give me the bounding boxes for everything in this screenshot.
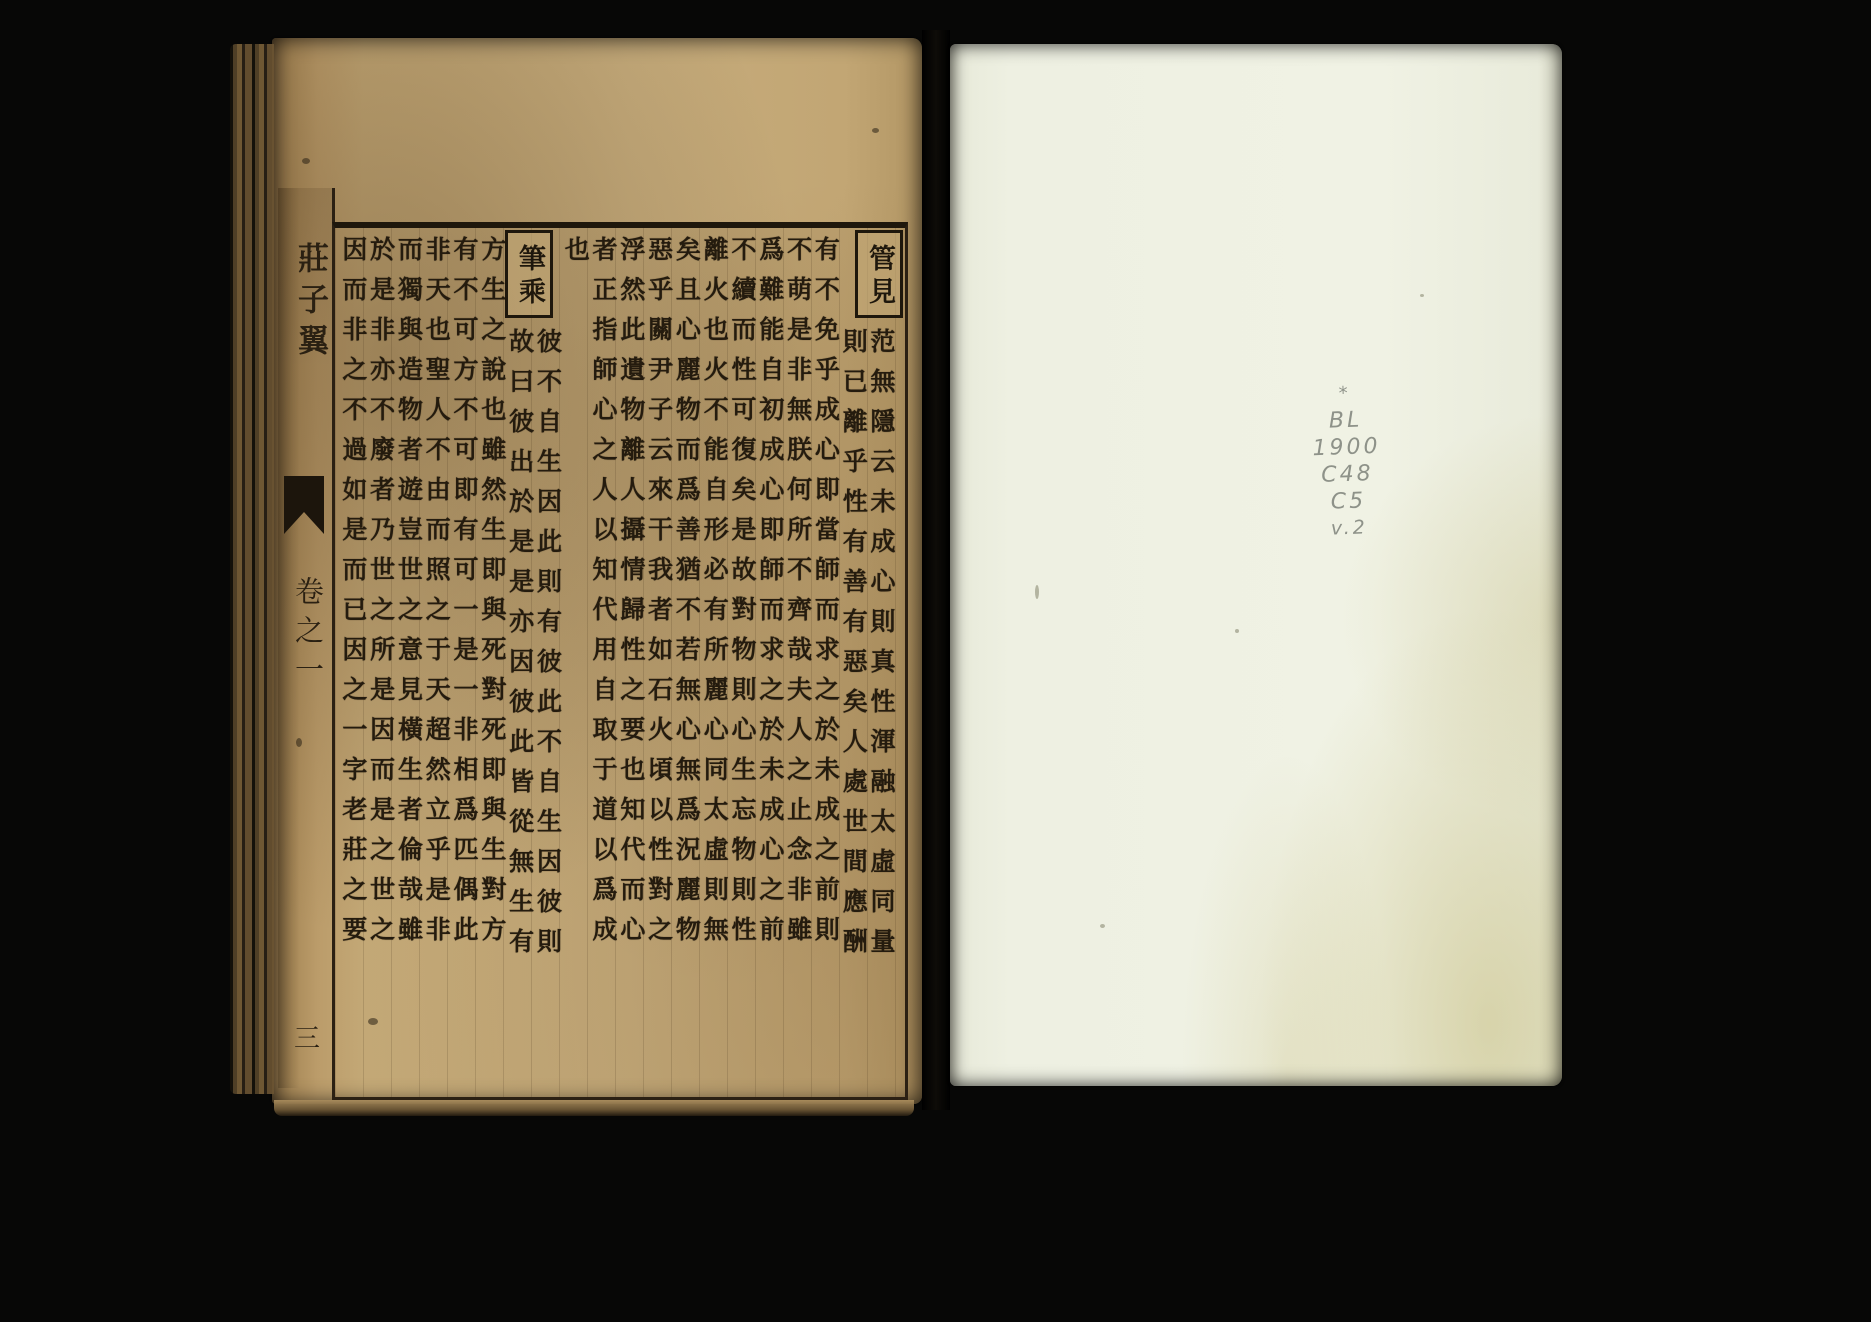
paper-fleck (1420, 294, 1424, 297)
page-gap (922, 30, 950, 1110)
wear-speck (296, 738, 302, 747)
fishtail-mark (284, 476, 324, 534)
text-column: 因而非之不過如是而已因之一字老莊之要 (339, 236, 367, 1091)
call-number-line: BL (1300, 405, 1391, 435)
text-column: 矣且心麗物而爲善猶不若無心無爲況麗物 (673, 236, 701, 1091)
call-number-line: 1900 (1301, 432, 1392, 462)
text-column: 惡乎關尹子云來干我者如石火頃以性對之 (645, 236, 673, 1091)
spine-title: 莊子翼 (288, 242, 333, 365)
text-column: 有不免乎成心即當師而求之於未成之前則 (812, 236, 840, 1091)
text-columns: 范無隱云未成心則真性渾融太虛同量則已離乎性有善有惡矣人處世間應酬有不免乎成心即當… (343, 236, 895, 1091)
text-column: 於是非亦不廢者乃世之所是因而是之世之 (367, 236, 395, 1091)
page-bottom-edge (274, 1100, 914, 1116)
paper-fleck (1235, 629, 1239, 633)
book-scan: { "scan": { "description": "Woodblock-pr… (0, 0, 1871, 1322)
source-box-guanjian: 管見 (855, 230, 903, 318)
text-column: 彼不自生因此則有彼此不自生因彼則 (534, 236, 562, 1091)
spine-page-number: 三 (294, 1018, 320, 1055)
spine-volume: 卷之一 (288, 576, 329, 693)
call-number-line: C5 (1303, 486, 1394, 516)
wear-speck (368, 1018, 378, 1025)
call-number-line: v.2 (1304, 513, 1395, 543)
call-number: *BL1900C48C5v.2 (1299, 378, 1395, 543)
text-column: 方生之說也雖然生即與死對死即與生對方 (478, 236, 506, 1091)
text-column: 也 (561, 236, 589, 1091)
text-column: 有不可方不可即有可一是一非相爲匹偶此 (450, 236, 478, 1091)
call-number-line: C48 (1302, 459, 1393, 489)
source-box-bicheng: 筆乘 (505, 230, 553, 318)
text-column: 范無隱云未成心則真性渾融太虛同量 (867, 236, 895, 1091)
text-column: 故曰彼出於是是亦因彼此皆從無生有 (506, 236, 534, 1091)
paper-fleck (1035, 585, 1039, 599)
call-number-line: * (1299, 378, 1390, 408)
text-column: 者正指師心之人以知代用自取于道以爲成 (589, 236, 617, 1091)
wear-speck (872, 128, 879, 133)
right-page: *BL1900C48C5v.2 (950, 44, 1562, 1086)
text-block: 范無隱云未成心則真性渾融太虛同量則已離乎性有善有惡矣人處世間應酬有不免乎成心即當… (332, 222, 908, 1100)
text-column: 浮然此遺物離人攝情歸性之要也知代而心 (617, 236, 645, 1091)
spine-strip: 莊子翼 卷之一 三 (278, 188, 335, 1088)
leaf-edges (230, 44, 274, 1094)
text-column: 則已離乎性有善有惡矣人處世間應酬 (839, 236, 867, 1091)
text-column: 而獨與造物者遊豈世之意見橫生者倫哉雖 (395, 236, 423, 1091)
paper-fleck (1100, 924, 1105, 928)
wear-speck (302, 158, 310, 164)
text-column: 不續而性可復矣是故對物則心生忘物則性 (728, 236, 756, 1091)
text-column: 非天也聖人不由而照之于天超然立乎是非 (422, 236, 450, 1091)
left-page: 莊子翼 卷之一 三 范無隱云未成心則真性渾融太虛同量則已離乎性有善有惡矣人處世間… (272, 38, 922, 1104)
text-column: 爲難能自初成心即師而求之於未成心之前 (756, 236, 784, 1091)
text-column: 不萌是非無朕何所不齊哉夫人之止念非雖 (784, 236, 812, 1091)
text-column: 離火也火不能自形必有所麗心同太虛則無 (700, 236, 728, 1091)
